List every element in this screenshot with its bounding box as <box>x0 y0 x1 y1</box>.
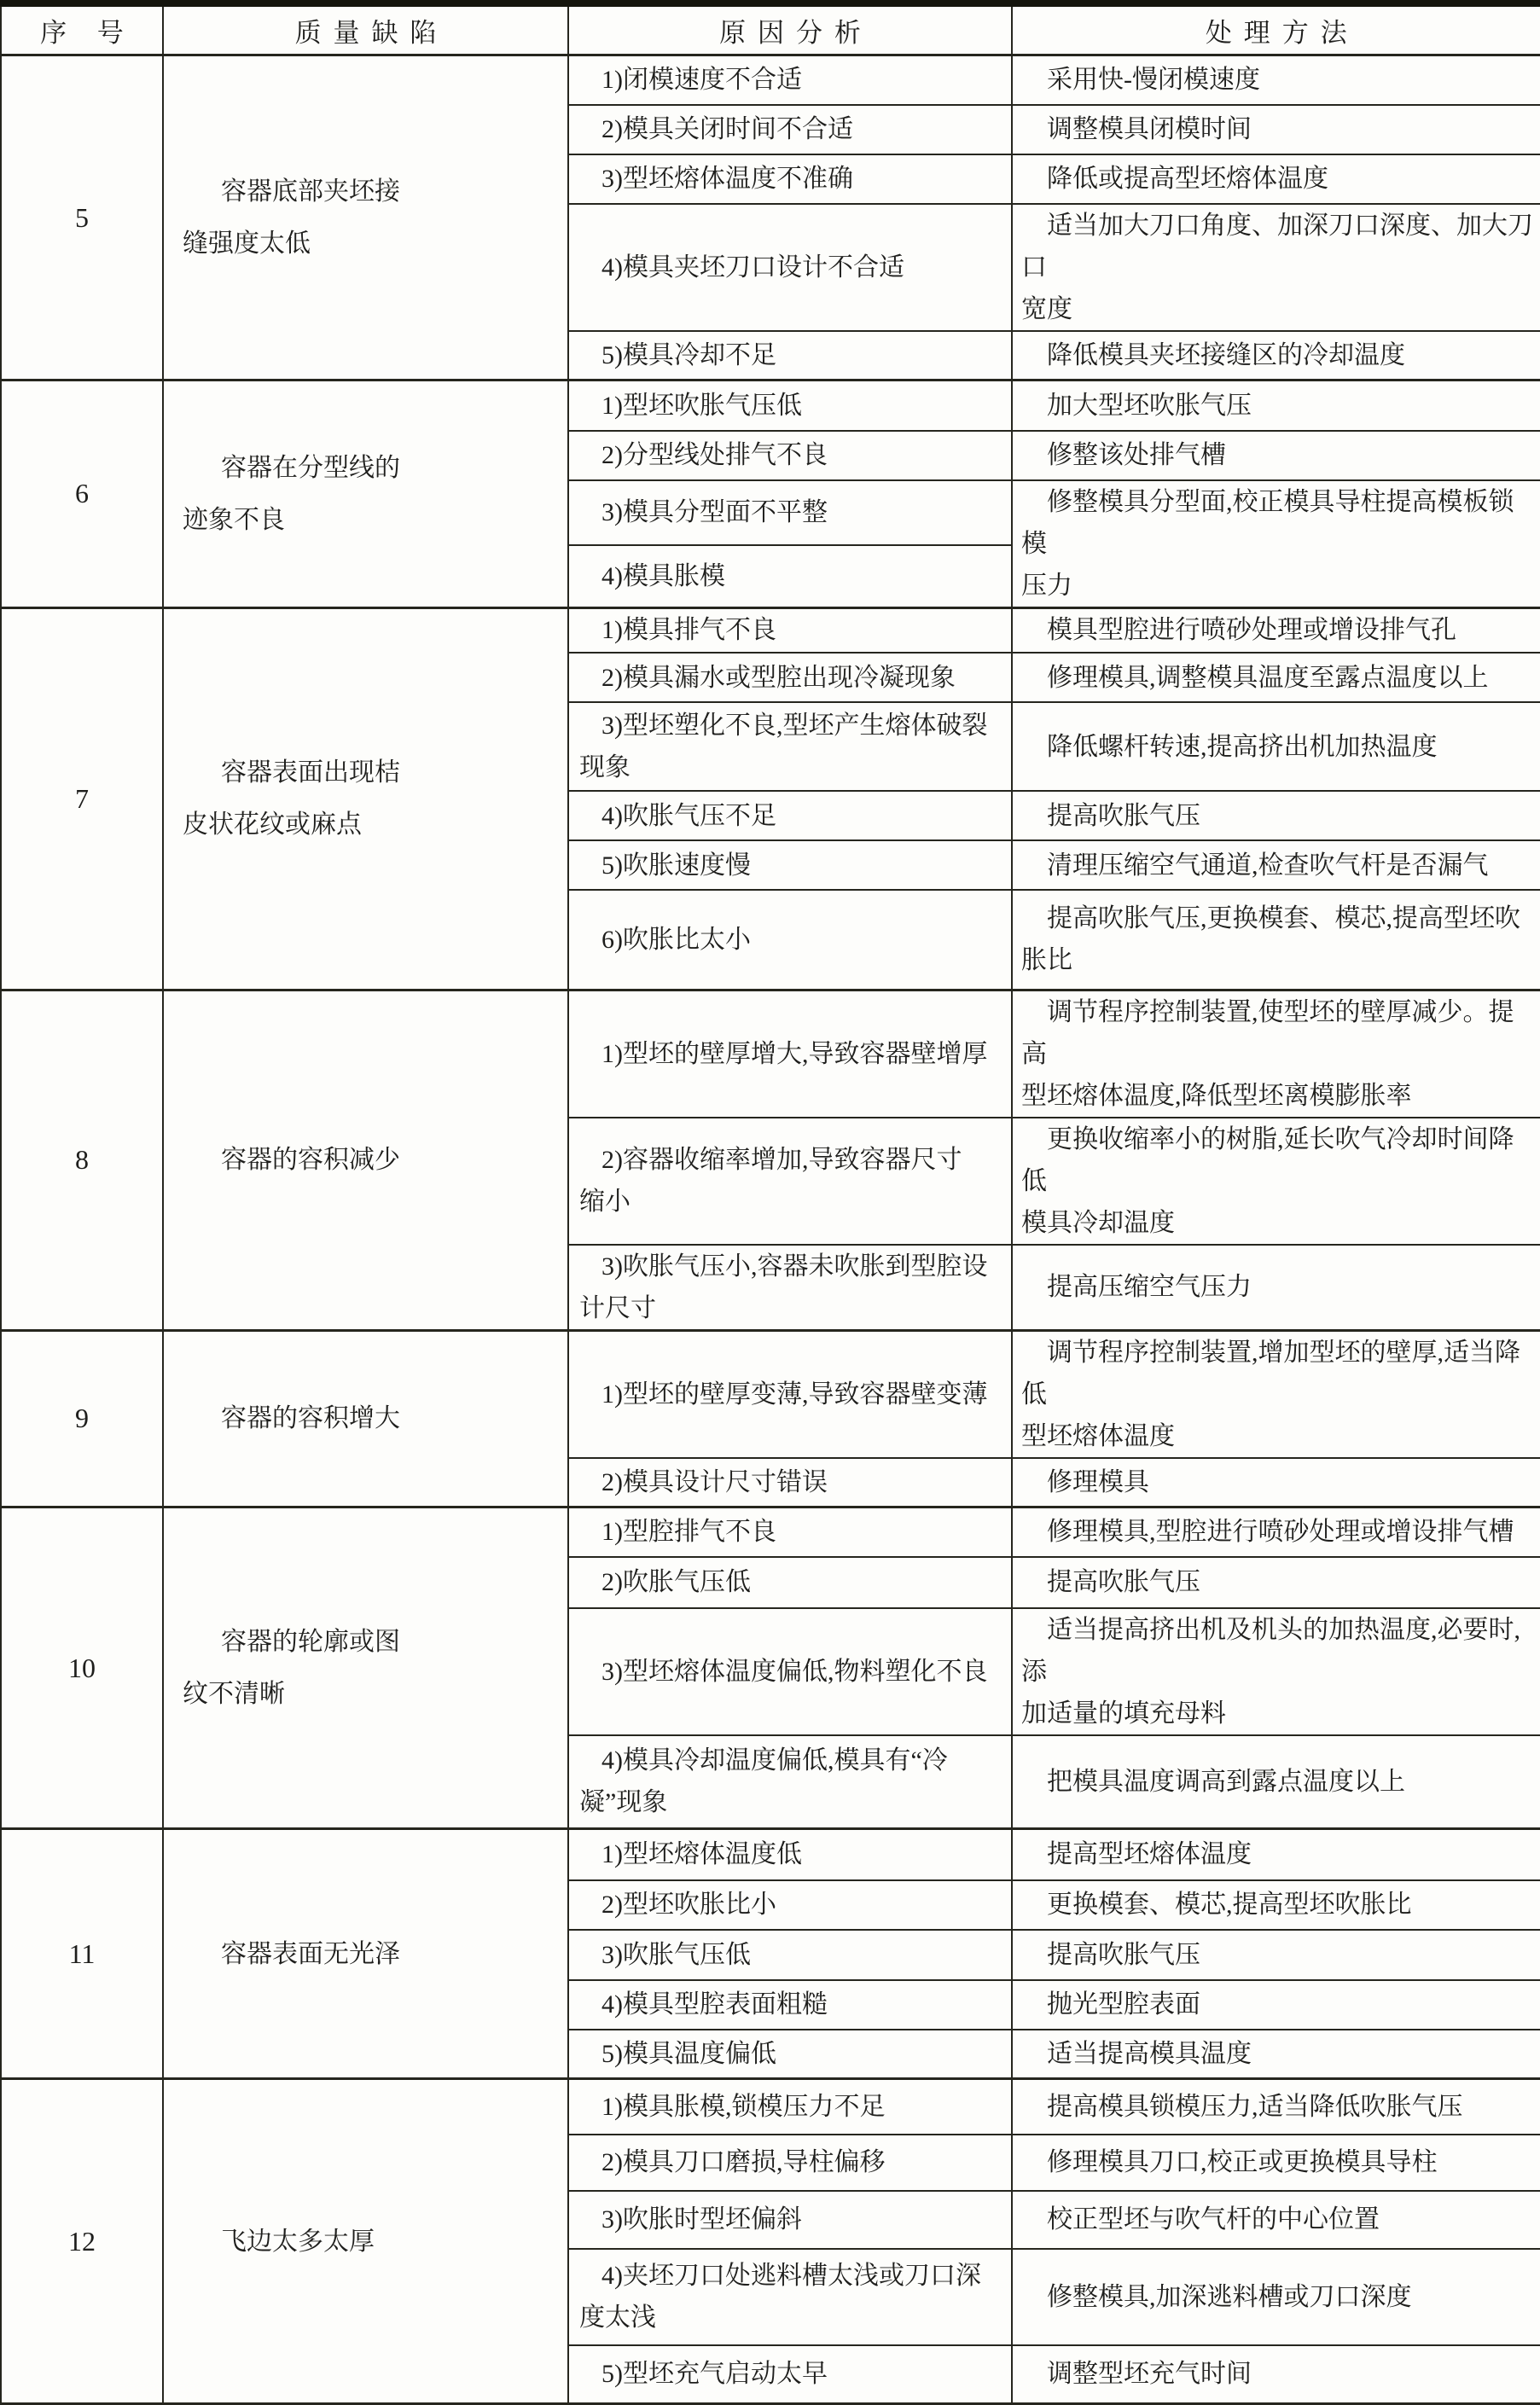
cause-cell: 4)模具夹坯刀口设计不合适 <box>568 204 1012 331</box>
method-cell: 把模具温度调高到露点温度以上 <box>1012 1735 1540 1829</box>
row-number-cell: 7 <box>1 607 163 990</box>
cause-cell: 1)型坯的壁厚变薄,导致容器壁变薄 <box>568 1330 1012 1458</box>
method-cell: 适当加大刀口角度、加深刀口深度、加大刀口 宽度 <box>1012 204 1540 331</box>
cause-cell: 2)模具刀口磨损,导柱偏移 <box>568 2135 1012 2191</box>
method-cell: 修整模具分型面,校正模具导柱提高模板锁模 压力 <box>1012 480 1540 608</box>
method-cell: 清理压缩空气通道,检查吹气杆是否漏气 <box>1012 840 1540 890</box>
col-header-method: 处理方法 <box>1012 3 1540 55</box>
cause-cell: 3)吹胀气压低 <box>568 1930 1012 1980</box>
cause-cell: 3)吹胀时型坯偏斜 <box>568 2191 1012 2249</box>
cause-cell: 5)型坯充气启动太早 <box>568 2345 1012 2404</box>
cause-cell: 4)夹坯刀口处逃料槽太浅或刀口深 度太浅 <box>568 2249 1012 2345</box>
method-cell: 调节程序控制装置,使型坯的壁厚减少。提高 型坯熔体温度,降低型坯离模膨胀率 <box>1012 990 1540 1118</box>
method-cell: 提高吹胀气压,更换模套、模芯,提高型坯吹 胀比 <box>1012 890 1540 990</box>
table-row: 6容器在分型线的 迹象不良1)型坯吹胀气压低加大型坯吹胀气压 <box>1 381 1540 431</box>
cause-cell: 2)型坯吹胀比小 <box>568 1880 1012 1930</box>
table-row: 5容器底部夹坯接 缝强度太低1)闭模速度不合适采用快-慢闭模速度 <box>1 55 1540 105</box>
method-cell: 提高型坯熔体温度 <box>1012 1829 1540 1880</box>
cause-cell: 3)模具分型面不平整 <box>568 480 1012 546</box>
method-cell: 调整模具闭模时间 <box>1012 105 1540 154</box>
defect-cell: 容器的轮廓或图 纹不清晰 <box>163 1507 568 1829</box>
cause-cell: 4)模具型腔表面粗糙 <box>568 1980 1012 2030</box>
method-cell: 修理模具,调整模具温度至露点温度以上 <box>1012 653 1540 702</box>
table-row: 11容器表面无光泽1)型坯熔体温度低提高型坯熔体温度 <box>1 1829 1540 1880</box>
method-cell: 修整该处排气槽 <box>1012 431 1540 480</box>
col-header-defect: 质量缺陷 <box>163 3 568 55</box>
cause-cell: 2)模具漏水或型腔出现冷凝现象 <box>568 653 1012 702</box>
cause-cell: 1)型腔排气不良 <box>568 1507 1012 1557</box>
cause-cell: 2)模具关闭时间不合适 <box>568 105 1012 154</box>
method-cell: 校正型坯与吹气杆的中心位置 <box>1012 2191 1540 2249</box>
method-cell: 更换收缩率小的树脂,延长吹气冷却时间降低 模具冷却温度 <box>1012 1118 1540 1245</box>
method-cell: 模具型腔进行喷砂处理或增设排气孔 <box>1012 607 1540 653</box>
table-row: 7容器表面出现桔 皮状花纹或麻点1)模具排气不良模具型腔进行喷砂处理或增设排气孔 <box>1 607 1540 653</box>
row-number-cell: 10 <box>1 1507 163 1829</box>
method-cell: 抛光型腔表面 <box>1012 1980 1540 2030</box>
table-row: 8容器的容积减少1)型坯的壁厚增大,导致容器壁增厚调节程序控制装置,使型坯的壁厚… <box>1 990 1540 1118</box>
method-cell: 提高吹胀气压 <box>1012 1930 1540 1980</box>
cause-cell: 1)模具排气不良 <box>568 607 1012 653</box>
cause-cell: 2)模具设计尺寸错误 <box>568 1458 1012 1507</box>
header-row: 序 号 质量缺陷 原因分析 处理方法 <box>1 3 1540 55</box>
method-cell: 加大型坯吹胀气压 <box>1012 381 1540 431</box>
cause-cell: 4)模具冷却温度偏低,模具有“冷 凝”现象 <box>568 1735 1012 1829</box>
cause-cell: 5)吹胀速度慢 <box>568 840 1012 890</box>
method-cell: 修理模具,型腔进行喷砂处理或增设排气槽 <box>1012 1507 1540 1557</box>
method-cell: 修理模具刀口,校正或更换模具导柱 <box>1012 2135 1540 2191</box>
method-cell: 适当提高模具温度 <box>1012 2030 1540 2079</box>
cause-cell: 1)型坯熔体温度低 <box>568 1829 1012 1880</box>
cause-cell: 5)模具冷却不足 <box>568 331 1012 381</box>
cause-cell: 4)模具胀模 <box>568 545 1012 607</box>
row-number-cell: 11 <box>1 1829 163 2079</box>
method-cell: 降低螺杆转速,提高挤出机加热温度 <box>1012 702 1540 791</box>
cause-cell: 3)吹胀气压小,容器未吹胀到型腔设 计尺寸 <box>568 1245 1012 1331</box>
cause-cell: 4)吹胀气压不足 <box>568 791 1012 840</box>
col-header-index: 序 号 <box>1 3 163 55</box>
table-row: 12飞边太多太厚1)模具胀模,锁模压力不足提高模具锁模压力,适当降低吹胀气压 <box>1 2079 1540 2135</box>
defect-cell: 容器在分型线的 迹象不良 <box>163 381 568 608</box>
method-cell: 提高模具锁模压力,适当降低吹胀气压 <box>1012 2079 1540 2135</box>
cause-cell: 2)容器收缩率增加,导致容器尺寸 缩小 <box>568 1118 1012 1245</box>
defect-cell: 容器底部夹坯接 缝强度太低 <box>163 55 568 381</box>
defect-cell: 容器的容积减少 <box>163 990 568 1330</box>
col-header-cause: 原因分析 <box>568 3 1012 55</box>
defect-cell: 容器表面无光泽 <box>163 1829 568 2079</box>
row-number-cell: 6 <box>1 381 163 608</box>
method-cell: 采用快-慢闭模速度 <box>1012 55 1540 105</box>
method-cell: 提高吹胀气压 <box>1012 1557 1540 1608</box>
quality-defect-table: 序 号 质量缺陷 原因分析 处理方法 5容器底部夹坯接 缝强度太低1)闭模速度不… <box>0 0 1540 2405</box>
cause-cell: 6)吹胀比太小 <box>568 890 1012 990</box>
method-cell: 提高吹胀气压 <box>1012 791 1540 840</box>
method-cell: 降低模具夹坯接缝区的冷却温度 <box>1012 331 1540 381</box>
method-cell: 适当提高挤出机及机头的加热温度,必要时,添 加适量的填充母料 <box>1012 1608 1540 1735</box>
cause-cell: 3)型坯熔体温度偏低,物料塑化不良 <box>568 1608 1012 1735</box>
table-row: 10容器的轮廓或图 纹不清晰1)型腔排气不良修理模具,型腔进行喷砂处理或增设排气… <box>1 1507 1540 1557</box>
cause-cell: 1)型坯吹胀气压低 <box>568 381 1012 431</box>
method-cell: 修整模具,加深逃料槽或刀口深度 <box>1012 2249 1540 2345</box>
method-cell: 降低或提高型坯熔体温度 <box>1012 154 1540 204</box>
defect-cell: 容器表面出现桔 皮状花纹或麻点 <box>163 607 568 990</box>
row-number-cell: 9 <box>1 1330 163 1507</box>
cause-cell: 2)分型线处排气不良 <box>568 431 1012 480</box>
method-cell: 调整型坯充气时间 <box>1012 2345 1540 2404</box>
defect-cell: 容器的容积增大 <box>163 1330 568 1507</box>
cause-cell: 3)型坯熔体温度不准确 <box>568 154 1012 204</box>
cause-cell: 2)吹胀气压低 <box>568 1557 1012 1608</box>
cause-cell: 3)型坯塑化不良,型坯产生熔体破裂 现象 <box>568 702 1012 791</box>
method-cell: 更换模套、模芯,提高型坯吹胀比 <box>1012 1880 1540 1930</box>
method-cell: 修理模具 <box>1012 1458 1540 1507</box>
method-cell: 提高压缩空气压力 <box>1012 1245 1540 1331</box>
row-number-cell: 12 <box>1 2079 163 2404</box>
cause-cell: 1)闭模速度不合适 <box>568 55 1012 105</box>
document-page: 序 号 质量缺陷 原因分析 处理方法 5容器底部夹坯接 缝强度太低1)闭模速度不… <box>0 0 1540 2405</box>
table-body: 5容器底部夹坯接 缝强度太低1)闭模速度不合适采用快-慢闭模速度2)模具关闭时间… <box>1 55 1540 2404</box>
defect-cell: 飞边太多太厚 <box>163 2079 568 2404</box>
row-number-cell: 8 <box>1 990 163 1330</box>
cause-cell: 1)型坯的壁厚增大,导致容器壁增厚 <box>568 990 1012 1118</box>
row-number-cell: 5 <box>1 55 163 381</box>
cause-cell: 5)模具温度偏低 <box>568 2030 1012 2079</box>
method-cell: 调节程序控制装置,增加型坯的壁厚,适当降低 型坯熔体温度 <box>1012 1330 1540 1458</box>
table-row: 9容器的容积增大1)型坯的壁厚变薄,导致容器壁变薄调节程序控制装置,增加型坯的壁… <box>1 1330 1540 1458</box>
cause-cell: 1)模具胀模,锁模压力不足 <box>568 2079 1012 2135</box>
